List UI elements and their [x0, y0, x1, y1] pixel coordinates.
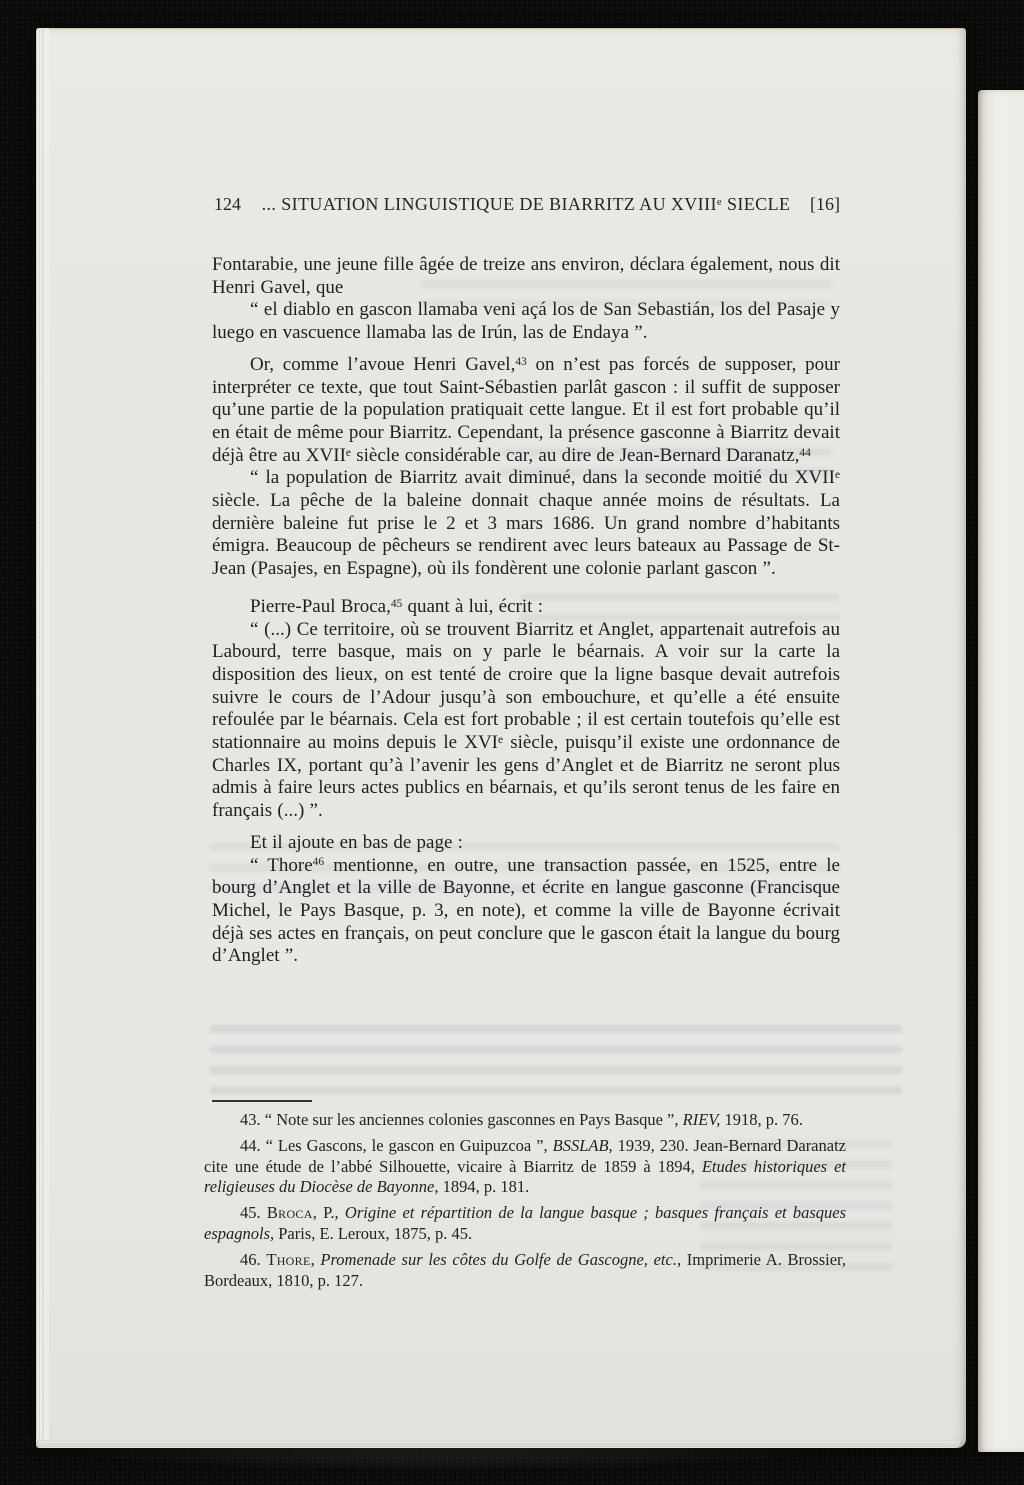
footnote: 43. “ Note sur les anciennes colonies ga…	[204, 1110, 846, 1131]
paragraph: Pierre-Paul Broca,45 quant à lui, écrit …	[212, 596, 840, 619]
paragraph: “ la population de Biarritz avait diminu…	[212, 467, 840, 581]
footnote: 45. Broca, P., Origine et répartition de…	[204, 1203, 846, 1245]
header-title: ... SITUATION LINGUISTIQUE DE BIARRITZ A…	[212, 194, 840, 215]
bleed-through-ghost-text	[210, 1025, 902, 1105]
running-header: 124 ... SITUATION LINGUISTIQUE DE BIARRI…	[212, 194, 840, 218]
body-text: Fontarabie, une jeune fille âgée de trei…	[212, 254, 840, 968]
paragraph: Et il ajoute en bas de page :	[212, 832, 840, 855]
paragraph: “ Thore46 mentionne, en outre, une trans…	[212, 855, 840, 969]
paragraph: “ (...) Ce territoire, où se trouvent Bi…	[212, 619, 840, 823]
paragraph: “ el diablo en gascon llamaba veni açá l…	[212, 299, 840, 344]
footnotes: 43. “ Note sur les anciennes colonies ga…	[204, 1110, 846, 1291]
book-page: 124 ... SITUATION LINGUISTIQUE DE BIARRI…	[36, 28, 966, 1448]
paragraph: Fontarabie, une jeune fille âgée de trei…	[212, 254, 840, 299]
issue-reference: [16]	[810, 194, 840, 215]
page-number: 124	[214, 194, 241, 215]
paragraph: Or, comme l’avoue Henri Gavel,43 on n’es…	[212, 354, 840, 468]
footnote: 44. “ Les Gascons, le gascon en Guipuzco…	[204, 1136, 846, 1198]
facing-page-edge	[978, 90, 1024, 1452]
footnote: 46. Thore, Promenade sur les côtes du Go…	[204, 1250, 846, 1292]
footnote-separator	[212, 1100, 312, 1102]
